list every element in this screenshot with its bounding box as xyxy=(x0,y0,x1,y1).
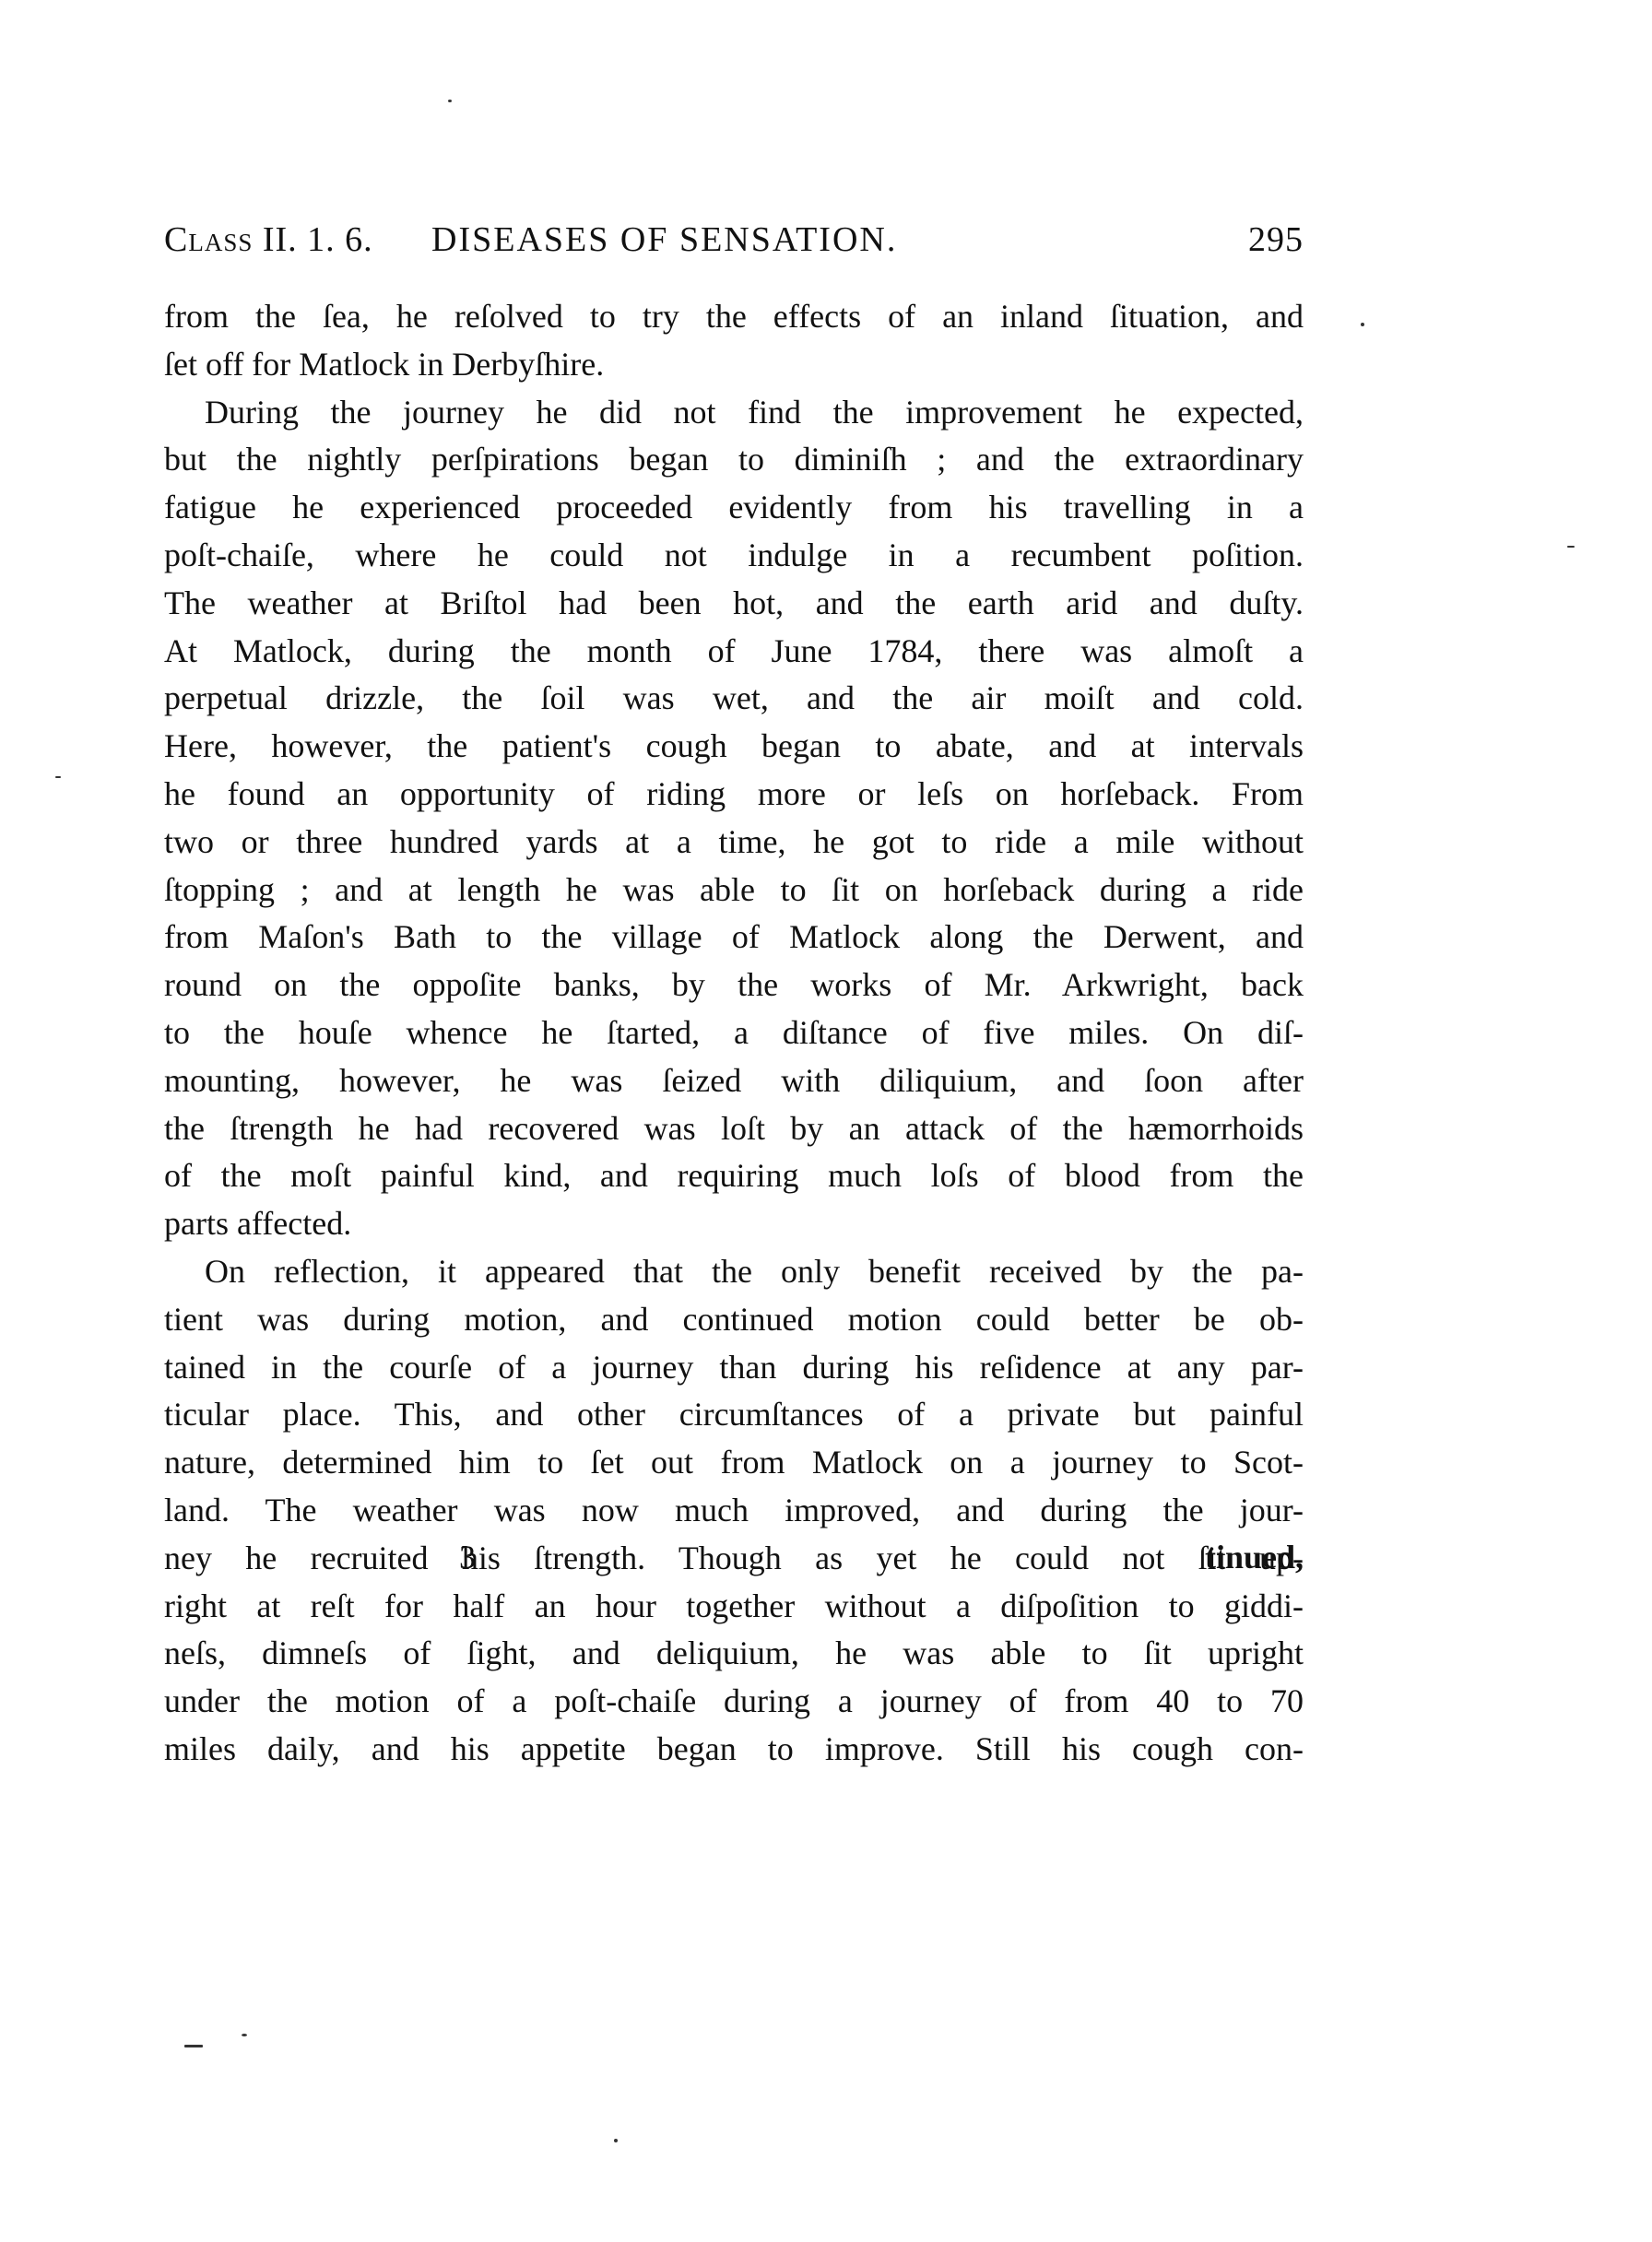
text-line: two or three hundred yards at a time, he… xyxy=(164,819,1304,867)
text-line: but the nightly perſpirations began to d… xyxy=(164,436,1304,484)
scan-speck xyxy=(1361,323,1364,326)
text-line: from Maſon's Bath to the village of Matl… xyxy=(164,914,1304,962)
text-line: right at reſt for half an hour together … xyxy=(164,1583,1304,1631)
text-line: miles daily, and his appetite began to i… xyxy=(164,1726,1304,1774)
text-line: from the ſea, he reſolved to try the eff… xyxy=(164,293,1304,341)
text-line: fatigue he experienced proceeded evident… xyxy=(164,484,1304,532)
text-line: neſs, dimneſs of ſight, and deliquium, h… xyxy=(164,1630,1304,1678)
text-line: he found an opportunity of riding more o… xyxy=(164,771,1304,819)
book-page: Class II. 1. 6. DISEASES OF SENSATION. 2… xyxy=(0,0,1652,2242)
text-line: under the motion of a poſt-chaiſe during… xyxy=(164,1678,1304,1726)
scan-speck xyxy=(1567,546,1575,548)
text-line: Here, however, the patient's cough began… xyxy=(164,723,1304,771)
scan-speck xyxy=(614,2139,618,2142)
page-number: 295 xyxy=(1248,219,1304,260)
text-line: During the journey he did not find the i… xyxy=(164,389,1304,437)
text-line: The weather at Briſtol had been hot, and… xyxy=(164,580,1304,628)
class-section-label: Class II. 1. 6. xyxy=(164,219,373,260)
text-line: of the moſt painful kind, and requiring … xyxy=(164,1152,1304,1200)
text-line: ticular place. This, and other circumſta… xyxy=(164,1391,1304,1439)
text-line: the ſtrength he had recovered was loſt b… xyxy=(164,1105,1304,1153)
text-line: perpetual drizzle, the ſoil was wet, and… xyxy=(164,675,1304,723)
text-line: to the houſe whence he ſtarted, a diſtan… xyxy=(164,1009,1304,1057)
scan-speck xyxy=(242,2034,247,2036)
text-line: At Matlock, during the month of June 178… xyxy=(164,628,1304,676)
running-header: Class II. 1. 6. DISEASES OF SENSATION. 2… xyxy=(164,219,1304,264)
text-line: round on the oppoſite banks, by the work… xyxy=(164,962,1304,1009)
text-line: nature, determined him to ſet out from M… xyxy=(164,1439,1304,1487)
text-line: parts affected. xyxy=(164,1200,1304,1248)
text-line: On reflection, it appeared that the only… xyxy=(164,1248,1304,1296)
text-line: ſtopping ; and at length he was able to … xyxy=(164,867,1304,914)
text-line: tained in the courſe of a journey than d… xyxy=(164,1344,1304,1392)
text-line: poſt-chaiſe, where he could not indulge … xyxy=(164,532,1304,580)
chapter-title: DISEASES OF SENSATION. xyxy=(431,219,897,260)
catchword: tinued, xyxy=(1205,1538,1304,1576)
signature-mark: 3 xyxy=(459,1538,476,1576)
scan-speck xyxy=(448,100,452,102)
page-footer: 3 tinued, xyxy=(164,1538,1304,1586)
scan-speck xyxy=(184,2045,203,2047)
text-line: land. The weather was now much improved,… xyxy=(164,1487,1304,1535)
text-line: mounting, however, he was ſeized with di… xyxy=(164,1057,1304,1105)
scan-speck xyxy=(55,776,61,778)
text-line: tient was during motion, and continued m… xyxy=(164,1296,1304,1344)
text-line: ſet off for Matlock in Derbyſhire. xyxy=(164,341,1304,389)
